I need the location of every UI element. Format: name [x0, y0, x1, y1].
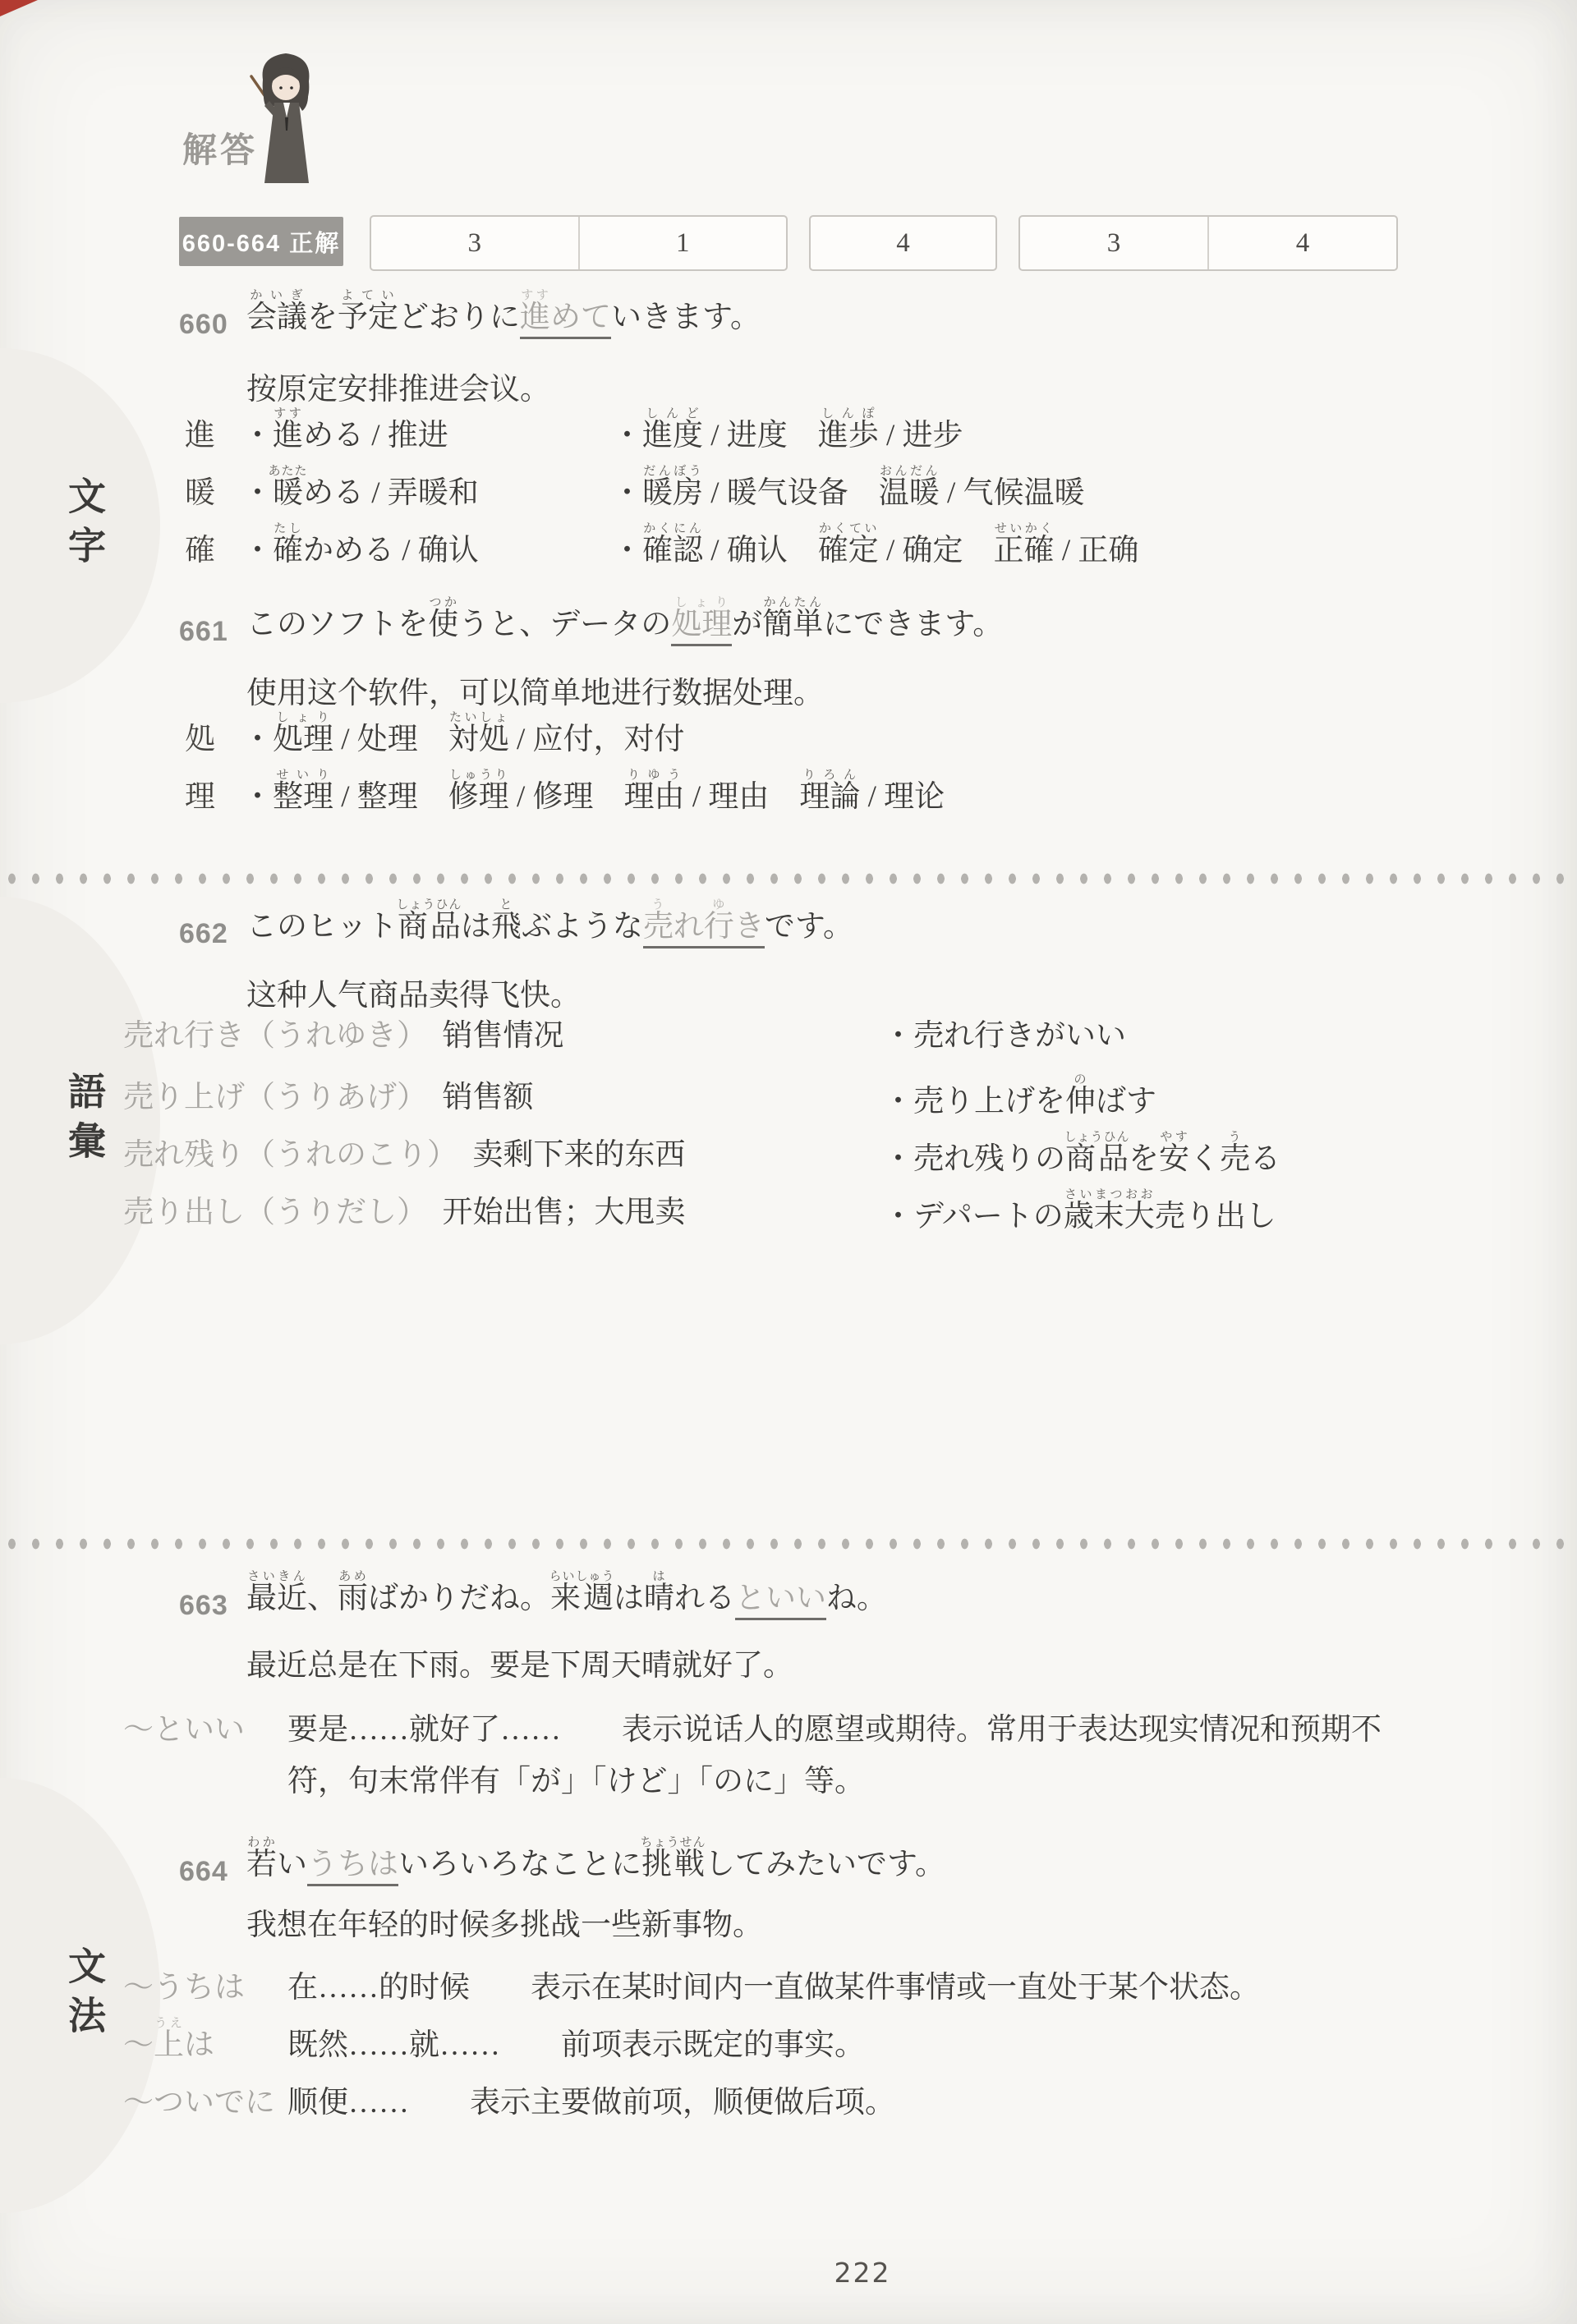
grammar-pattern: ～ついでに — [123, 2078, 287, 2127]
question-number: 663 — [179, 1590, 228, 1622]
answer-cell: 1 — [578, 217, 787, 269]
divider-dots — [0, 1537, 1577, 1550]
grammar-body: 在……的时候 表示在某时间内一直做某件事情或一直处于某个状态。 — [287, 1963, 1421, 2014]
kanji-head: 処 — [185, 715, 242, 764]
grammar-pattern: ～といい — [123, 1706, 287, 1754]
grammar-pattern: ～上うえは — [123, 2017, 287, 2069]
kanji-row-right: ・進度しんど / 进度 進歩しんぽ / 进步 — [612, 407, 963, 460]
vocab-row: 売り出し（うりだし） 开始出售；大甩卖 ・デパートの歳末大さいまつおお売り出し — [123, 1188, 1536, 1237]
vocab-right: ・売れ行きがいい — [883, 1012, 1126, 1060]
kanji-row: 理・整理せいり / 整理 修理しゅうり / 修理 理由りゆう / 理由 理論りろ… — [185, 769, 1532, 821]
kanji-row: 処・処理しょり / 处理 対処たいしょ / 应付，对付 — [185, 711, 1532, 764]
vocab-row: 売れ行き（うれゆき） 销售情况 ・売れ行きがいい — [123, 1012, 1536, 1060]
kanji-head: 進 — [185, 411, 242, 460]
kanji-row-left: ・進すすめる / 推进 — [242, 419, 448, 452]
translation: 这种人气商品卖得飞快。 — [246, 977, 581, 1015]
question-sentence: このソフトを使つかうと、データの処理しょりが簡単かんたんにできます。 — [246, 596, 1003, 649]
grammar-pattern: ～うちは — [123, 1963, 287, 2012]
kanji-row-left: ・確たしかめる / 确认 — [242, 534, 479, 567]
vocab-left: 売り出し（うりだし） 开始出售；大甩卖 — [123, 1196, 686, 1229]
vocab-left: 売れ行き（うれゆき） 销售情况 — [123, 1019, 564, 1053]
question-number: 661 — [179, 616, 228, 648]
kanji-row-right: ・確認かくにん / 确认 確定かくてい / 确定 正確せいかく / 正确 — [612, 522, 1138, 575]
vocab-right: ・売れ残りの商品しょうひんを安やすく売うる — [883, 1131, 1280, 1183]
side-tab-label: 文字 — [57, 476, 112, 575]
kanji-row-left: ・処理しょり / 处理 対処たいしょ / 应付，对付 — [242, 723, 685, 756]
question-sentence: 最近さいきん、雨あめばかりだね。来週らいしゅうは晴はれるといいね。 — [246, 1570, 887, 1623]
side-tab-label: 語彙 — [57, 1072, 112, 1170]
kanji-head: 理 — [185, 773, 242, 821]
grammar-row: ～ついでに 顺便…… 表示主要做前项，顺便做后项。 — [123, 2078, 1421, 2129]
answer-cell: 3 — [371, 217, 578, 269]
vocab-left: 売り上げ（うりあげ） 销售额 — [123, 1081, 534, 1114]
kanji-row-right: ・暖房だんぼう / 暖气设备 温暖おんだん / 气候温暖 — [612, 465, 1085, 517]
translation: 使用这个软件，可以简单地进行数据处理。 — [246, 675, 824, 713]
translation: 最近总是在下雨。要是下周天晴就好了。 — [246, 1647, 793, 1685]
divider-dots — [0, 872, 1577, 885]
vocab-row: 売り上げ（うりあげ） 销售额 ・売り上げを伸のばす — [123, 1073, 1536, 1122]
answer-cell: 4 — [811, 217, 995, 269]
question-number: 660 — [179, 309, 228, 341]
vocab-right: ・デパートの歳末大さいまつおお売り出し — [883, 1188, 1276, 1241]
translation: 我想在年轻的时候多挑战一些新事物。 — [246, 1907, 763, 1945]
vocab-left: 売れ残り（うれのこり） 卖剩下来的东西 — [123, 1138, 686, 1172]
answer-box: 4 — [809, 215, 997, 271]
question-sentence: 会議かいぎを予定よていどおりに進すすめていきます。 — [246, 289, 761, 342]
side-tab-label: 文法 — [57, 1946, 112, 2045]
question-sentence: このヒット商品しょうひんは飛とぶような売うれ行ゆきです。 — [246, 898, 853, 951]
kanji-row: 進・進すすめる / 推进 ・進度しんど / 进度 進歩しんぽ / 进步 — [185, 407, 1532, 460]
side-tab-moji: 文字 — [0, 348, 160, 703]
question-number: 664 — [179, 1856, 228, 1888]
kanji-head: 暖 — [185, 469, 242, 517]
vocab-right: ・売り上げを伸のばす — [883, 1073, 1156, 1126]
answer-cell: 4 — [1207, 217, 1396, 269]
answer-box: 3 1 — [370, 215, 788, 271]
page-number: 222 — [788, 2257, 936, 2289]
vocab-row: 売れ残り（うれのこり） 卖剩下来的东西 ・売れ残りの商品しょうひんを安やすく売う… — [123, 1131, 1536, 1179]
kanji-row-left: ・暖あたためる / 弄暖和 — [242, 476, 479, 510]
kanji-row: 確・確たしかめる / 确认 ・確認かくにん / 确认 確定かくてい / 确定 正… — [185, 522, 1532, 575]
grammar-row: ～うちは 在……的时候 表示在某时间内一直做某件事情或一直处于某个状态。 — [123, 1963, 1421, 2014]
grammar-row: ～上うえは 既然……就…… 前项表示既定的事实。 — [123, 2017, 1421, 2072]
answer-box: 3 4 — [1018, 215, 1398, 271]
teacher-mascot-illustration — [240, 45, 322, 189]
kanji-head: 確 — [185, 526, 242, 575]
grammar-body: 要是……就好了…… 表示说话人的愿望或期待。常用于表达现实情况和预期不符，句末常… — [287, 1705, 1421, 1808]
grammar-body: 既然……就…… 前项表示既定的事实。 — [287, 2020, 1421, 2072]
question-sentence: 若わかいうちはいろいろなことに挑戦ちょうせんしてみたいです。 — [246, 1836, 945, 1889]
answer-cell: 3 — [1020, 217, 1207, 269]
answer-badge: 660-664 正解 — [179, 217, 343, 266]
page-corner-red — [0, 0, 38, 16]
kanji-row: 暖・暖あたためる / 弄暖和 ・暖房だんぼう / 暖气设备 温暖おんだん / 气… — [185, 465, 1532, 517]
grammar-body: 顺便…… 表示主要做前项，顺便做后项。 — [287, 2078, 1421, 2129]
translation: 按原定安排推进会议。 — [246, 371, 550, 409]
question-number: 662 — [179, 918, 228, 950]
grammar-row: ～といい 要是……就好了…… 表示说话人的愿望或期待。常用于表达现实情况和预期不… — [123, 1705, 1421, 1808]
kanji-row-left: ・整理せいり / 整理 修理しゅうり / 修理 理由りゆう / 理由 理論りろん… — [242, 780, 945, 814]
